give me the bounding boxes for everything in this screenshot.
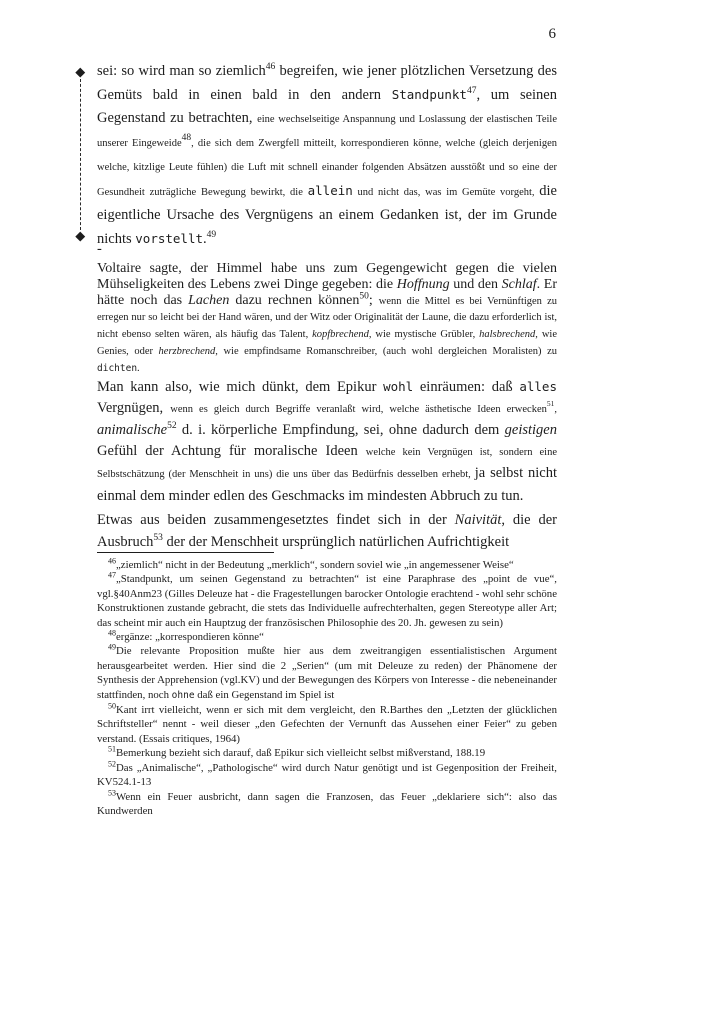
text-segment: 51 <box>108 745 116 754</box>
text-segment: Schlaf <box>502 277 537 292</box>
text-segment: der der Menschheit ursprünglich natürlic… <box>163 534 509 550</box>
text-segment: allein <box>308 183 353 198</box>
text-segment: 50 <box>108 701 116 710</box>
text-segment: 47 <box>108 571 116 580</box>
page-number: 6 <box>480 26 556 43</box>
dashed-line <box>80 79 81 230</box>
text-segment: 46 <box>108 556 116 565</box>
text-segment: einräumen: daß <box>413 379 519 395</box>
text-segment: 48 <box>108 628 116 637</box>
text-segment: Hoffnung <box>397 277 450 292</box>
text-segment: 48 <box>182 133 192 143</box>
text-segment: Vergnügen, <box>97 400 170 416</box>
footnote-50: 50Kant irrt vielleicht, wenn er sich mit… <box>97 703 557 746</box>
diamond-icon <box>75 231 84 240</box>
text-segment: 49 <box>108 643 116 652</box>
text-segment: d. i. körperliche Empfindung, sei, ohne … <box>177 422 505 438</box>
footnote-47: 47„Standpunkt, um seinen Gegenstand zu b… <box>97 572 557 630</box>
footnote-51: 51Bemerkung bezieht sich darauf, daß Epi… <box>97 746 557 760</box>
text-segment: geistigen <box>505 422 557 438</box>
footnote-52: 52Das „Animalische“, „Pathologische“ wir… <box>97 761 557 790</box>
text-segment: Man kann also, wie mich dünkt, dem Epiku… <box>97 379 383 395</box>
footnote-53: 53Wenn ein Feuer ausbricht, dann sagen d… <box>97 790 557 819</box>
text-segment: wenn es gleich durch Begriffe veranlaßt … <box>170 404 547 415</box>
paragraph-dash-separator: - <box>97 241 557 257</box>
text-segment: 53 <box>108 788 116 797</box>
margin-annotation-marker <box>75 69 85 239</box>
text-segment: Naivität <box>455 512 502 528</box>
text-segment: ; <box>369 293 379 308</box>
text-segment: sei: so wird man so ziemlich <box>97 63 266 79</box>
text-segment: 49 <box>207 230 217 240</box>
text-segment: ohne <box>172 690 195 701</box>
footnote-46: 46„ziemlich“ nicht in der Bedeutung „mer… <box>97 558 557 572</box>
text-segment: kopfbrechend <box>312 329 369 340</box>
text-segment: Standpunkt <box>392 87 467 102</box>
paragraph-epikur: Man kann also, wie mich dünkt, dem Epiku… <box>97 377 557 506</box>
text-segment: halsbrechend <box>479 329 535 340</box>
text-segment: daß ein Gegenstand im Spiel ist <box>195 689 335 701</box>
text-segment: Bemerkung bezieht sich darauf, daß Epiku… <box>116 747 485 759</box>
text-segment: Etwas aus beiden zusammengesetztes finde… <box>97 512 455 528</box>
text-segment: , <box>554 404 557 415</box>
text-segment: und den <box>450 277 502 292</box>
footnotes-section: 46„ziemlich“ nicht in der Bedeutung „mer… <box>97 558 557 818</box>
text-segment: Das „Animalische“, „Pathologische“ wird … <box>97 762 557 788</box>
paragraph-naivitaet: Etwas aus beiden zusammengesetztes finde… <box>97 509 557 553</box>
text-segment: 52 <box>167 421 177 431</box>
text-segment: Wenn ein Feuer ausbricht, dann sagen die… <box>97 791 557 817</box>
text-segment: . <box>137 363 140 374</box>
paragraph-voltaire: Voltaire sagte, der Himmel habe uns zum … <box>97 261 557 377</box>
text-segment: ergänze: „korrespondieren könne“ <box>116 631 264 643</box>
text-segment: 53 <box>153 533 163 543</box>
text-segment: wohl <box>383 379 413 394</box>
paragraph-versetzung-quote: sei: so wird man so ziemlich46 begreifen… <box>97 60 557 251</box>
footnote-49: 49Die relevante Proposition mußte hier a… <box>97 644 557 703</box>
footnote-separator-rule <box>97 552 274 553</box>
text-segment: 50 <box>359 291 369 301</box>
text-segment: 52 <box>108 759 116 768</box>
text-segment: dichten <box>97 363 137 374</box>
text-segment: „ziemlich“ nicht in der Bedeutung „merkl… <box>116 559 514 571</box>
text-segment: Lachen <box>188 293 229 308</box>
text-segment: und nicht das, was im Gemüte vorgeht, <box>353 187 540 198</box>
text-segment: , wie empfindsame Romanschreiber, (auch … <box>215 346 557 357</box>
text-segment: Gefühl der Achtung für moralische Ideen <box>97 443 366 459</box>
text-segment: „Standpunkt, um seinen Gegenstand zu bet… <box>97 573 557 628</box>
text-segment: , wie mystische Grübler, <box>369 329 479 340</box>
text-segment: alles <box>519 379 557 394</box>
document-page: 6 sei: so wird man so ziemlich46 begreif… <box>0 0 724 1024</box>
diamond-icon <box>75 68 84 77</box>
text-segment: dazu rechnen können <box>229 293 359 308</box>
text-segment: animalische <box>97 422 167 438</box>
text-segment: 46 <box>266 62 276 72</box>
text-segment: - <box>97 241 102 257</box>
text-segment: herzbrechend <box>159 346 216 357</box>
footnote-48: 48ergänze: „korrespondieren könne“ <box>97 630 557 644</box>
text-segment: Kant irrt vielleicht, wenn er sich mit d… <box>97 704 557 745</box>
